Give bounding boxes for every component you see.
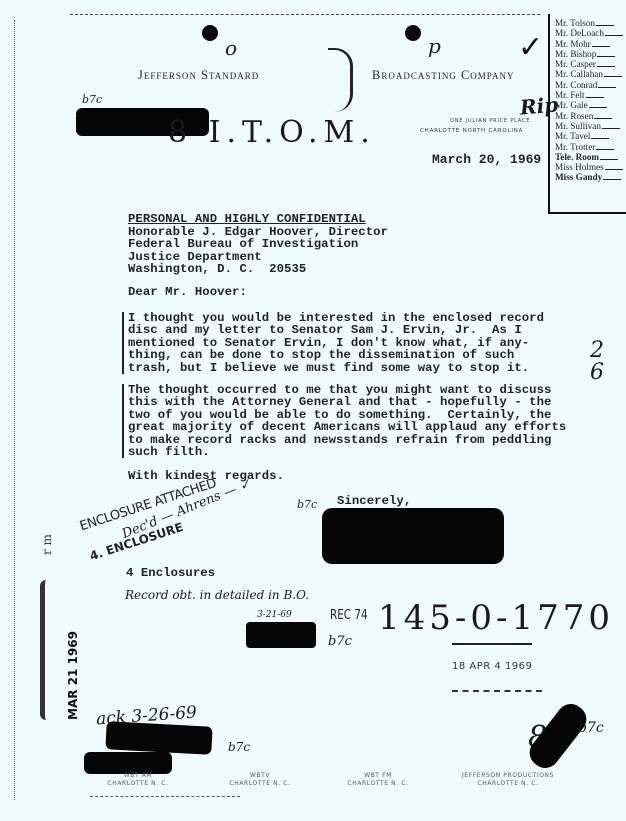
rec-stamp: REC 74 — [330, 608, 368, 623]
routing-slip: Mr. TolsonMr. DeLoachMr. MohrMr. BishopM… — [548, 14, 626, 214]
handwritten-routing-note: 8 I.T.O.M. — [168, 115, 376, 150]
bracket-mark — [328, 48, 353, 112]
address-line: Washington, D. C. 20535 — [128, 263, 388, 275]
letterhead-address-1: ONE JULIAN PRICE PLACE — [450, 118, 530, 124]
record-note-date: 3-21-69 — [257, 610, 292, 620]
stamp-underline — [452, 690, 542, 692]
letterhead-company-left: Jefferson Standard — [138, 68, 259, 83]
routing-slip-item: Mr. Felt — [550, 90, 626, 100]
top-rule — [70, 14, 540, 15]
letter-date: March 20, 1969 — [432, 152, 541, 167]
paragraph-line: such filth. — [128, 446, 566, 458]
footer-station: WBT FMCHARLOTTE N. C. — [318, 772, 438, 788]
letterhead-address-2: CHARLOTTE NORTH CAROLINA — [420, 128, 523, 134]
side-date-stamp: MAR 21 1969 — [66, 631, 80, 720]
exemption-b7c-rec: b7c — [328, 634, 352, 649]
routing-slip-item: Mr. Casper — [550, 59, 626, 69]
punch-hole-right — [405, 25, 421, 41]
received-date-stamp: 18 APR 4 1969 — [452, 661, 532, 672]
margin-annotation: 2 6 — [590, 340, 610, 384]
routing-slip-item: Tele. Room — [550, 152, 626, 162]
margin-bar — [122, 312, 124, 374]
enclosures-line: 4 Enclosures — [126, 567, 215, 579]
vertical-stamp-marks — [40, 580, 59, 720]
routing-slip-item: Mr. Tolson — [550, 18, 626, 28]
bottom-redaction-1 — [105, 721, 212, 755]
routing-slip-item: Mr. Callahan — [550, 69, 626, 79]
confidential-heading: PERSONAL AND HIGHLY CONFIDENTIAL — [128, 213, 366, 225]
file-number-underline — [452, 643, 532, 645]
footer-station: WBTVCHARLOTTE N. C. — [200, 772, 320, 788]
hole-mark-o: o — [225, 36, 237, 60]
punch-hole-left — [202, 25, 218, 41]
exemption-b7c-signature: b7c — [297, 498, 317, 511]
routing-slip-item: Mr. Conrad — [550, 80, 626, 90]
address-line: Federal Bureau of Investigation — [128, 238, 388, 250]
routing-slip-item: Mr. Trotter — [550, 142, 626, 152]
hole-mark-p: p — [428, 34, 441, 58]
paragraph-line: thing, can be done to stop the dissemina… — [128, 349, 544, 361]
routing-slip-item: Miss Holmes — [550, 162, 626, 172]
routing-slip-item: Mr. Mohr — [550, 39, 626, 49]
routing-list: Mr. TolsonMr. DeLoachMr. MohrMr. BishopM… — [550, 14, 626, 183]
side-letters: r m — [40, 534, 54, 555]
paragraph-line: trash, but I believe we must find some w… — [128, 362, 544, 374]
exemption-b7c-top: b7c — [82, 93, 102, 106]
sign-off: Sincerely, — [337, 495, 411, 507]
record-note: Record obt. in detailed in B.O. — [125, 588, 309, 602]
letterhead-company-right: Broadcasting Company — [372, 68, 514, 83]
signature-redaction — [322, 508, 504, 564]
routing-slip-item: Mr. Rosen — [550, 111, 626, 121]
footer-station: JEFFERSON PRODUCTIONSCHARLOTTE N. C. — [448, 772, 568, 788]
routing-slip-item: Mr. DeLoach — [550, 28, 626, 38]
margin-bar — [122, 384, 124, 458]
paragraph-line: great majority of decent Americans will … — [128, 421, 566, 433]
footer-rule — [90, 796, 240, 797]
checkmark-icon: ✓ — [518, 30, 543, 65]
exemption-b7c-bottom: b7c — [228, 740, 250, 754]
paragraph-1: I thought you would be interested in the… — [128, 312, 544, 374]
routing-slip-item: Mr. Bishop — [550, 49, 626, 59]
exemption-b7c-right: b7c — [578, 720, 604, 736]
paragraph-2: The thought occurred to me that you migh… — [128, 384, 566, 458]
inside-address: Honorable J. Edgar Hoover, Director Fede… — [128, 226, 388, 276]
record-redaction — [246, 622, 316, 648]
file-number: 145-0-1770 — [378, 598, 614, 638]
left-edge-mark — [14, 20, 15, 800]
paragraph-line: this with the Attorney General and that … — [128, 396, 566, 408]
salutation: Dear Mr. Hoover: — [128, 286, 247, 298]
paragraph-line: disc and my letter to Senator Sam J. Erv… — [128, 324, 544, 336]
routing-slip-item: Mr. Sullivan — [550, 121, 626, 131]
routing-slip-item: Mr. Tavel — [550, 131, 626, 141]
bottom-redaction-2 — [84, 752, 172, 774]
routing-slip-item: Miss Gandy — [550, 172, 626, 182]
footer-station: WBT AMCHARLOTTE N. C. — [78, 772, 198, 788]
routing-slip-item: Mr. Gale — [550, 100, 626, 110]
